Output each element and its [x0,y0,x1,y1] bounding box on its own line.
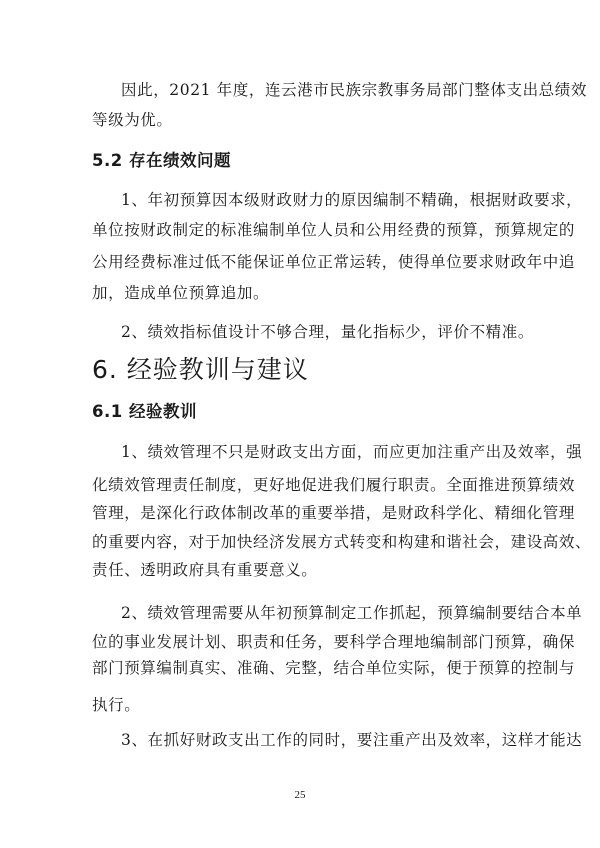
paragraph-line: 责任、透明政府具有重要意义。 [92,560,522,580]
paragraph-line: 加，造成单位预算追加。 [92,283,522,303]
chapter-heading-6: 6. 经验教训与建议 [92,354,309,386]
paragraph-line: 位的事业发展计划、职责和任务，要科学合理地编制部门预算，确保 [92,632,522,652]
paragraph-line: 管理，是深化行政体制改革的重要举措，是财政科学化、精细化管理 [92,503,522,523]
document-page: 因此，2021 年度，连云港市民族宗教事务局部门整体支出总绩效 等级为优。 5.… [0,0,600,848]
paragraph-line: 执行。 [92,695,522,715]
paragraph-line: 2、绩效管理需要从年初预算制定工作抓起，预算编制要结合本单 [121,603,551,623]
paragraph-line: 1、绩效管理不只是财政支出方面，而应更加注重产出及效率，强 [121,442,551,462]
paragraph-line: 3、在抓好财政支出工作的同时，要注重产出及效率，这样才能达 [121,730,551,750]
page-number: 25 [0,789,600,801]
paragraph-line: 因此，2021 年度，连云港市民族宗教事务局部门整体支出总绩效 [121,80,551,100]
paragraph-line: 单位按财政制定的标准编制单位人员和公用经费的预算，预算规定的 [92,220,522,240]
paragraph-line: 的重要内容，对于加快经济发展方式转变和构建和谐社会，建设高效、 [92,532,522,552]
paragraph-line: 2、绩效指标值设计不够合理，量化指标少，评价不精准。 [121,322,551,342]
paragraph-line: 1、年初预算因本级财政财力的原因编制不精确，根据财政要求， [121,190,551,210]
paragraph-line: 部门预算编制真实、准确、完整，结合单位实际，便于预算的控制与 [92,658,522,678]
paragraph-line: 等级为优。 [92,110,522,130]
paragraph-line: 化绩效管理责任制度，更好地促进我们履行职责。全面推进预算绩效 [92,475,522,495]
paragraph-line: 公用经费标准过低不能保证单位正常运转，使得单位要求财政年中追 [92,252,522,272]
section-heading-5-2: 5.2 存在绩效问题 [92,150,231,172]
section-heading-6-1: 6.1 经验教训 [92,401,197,423]
